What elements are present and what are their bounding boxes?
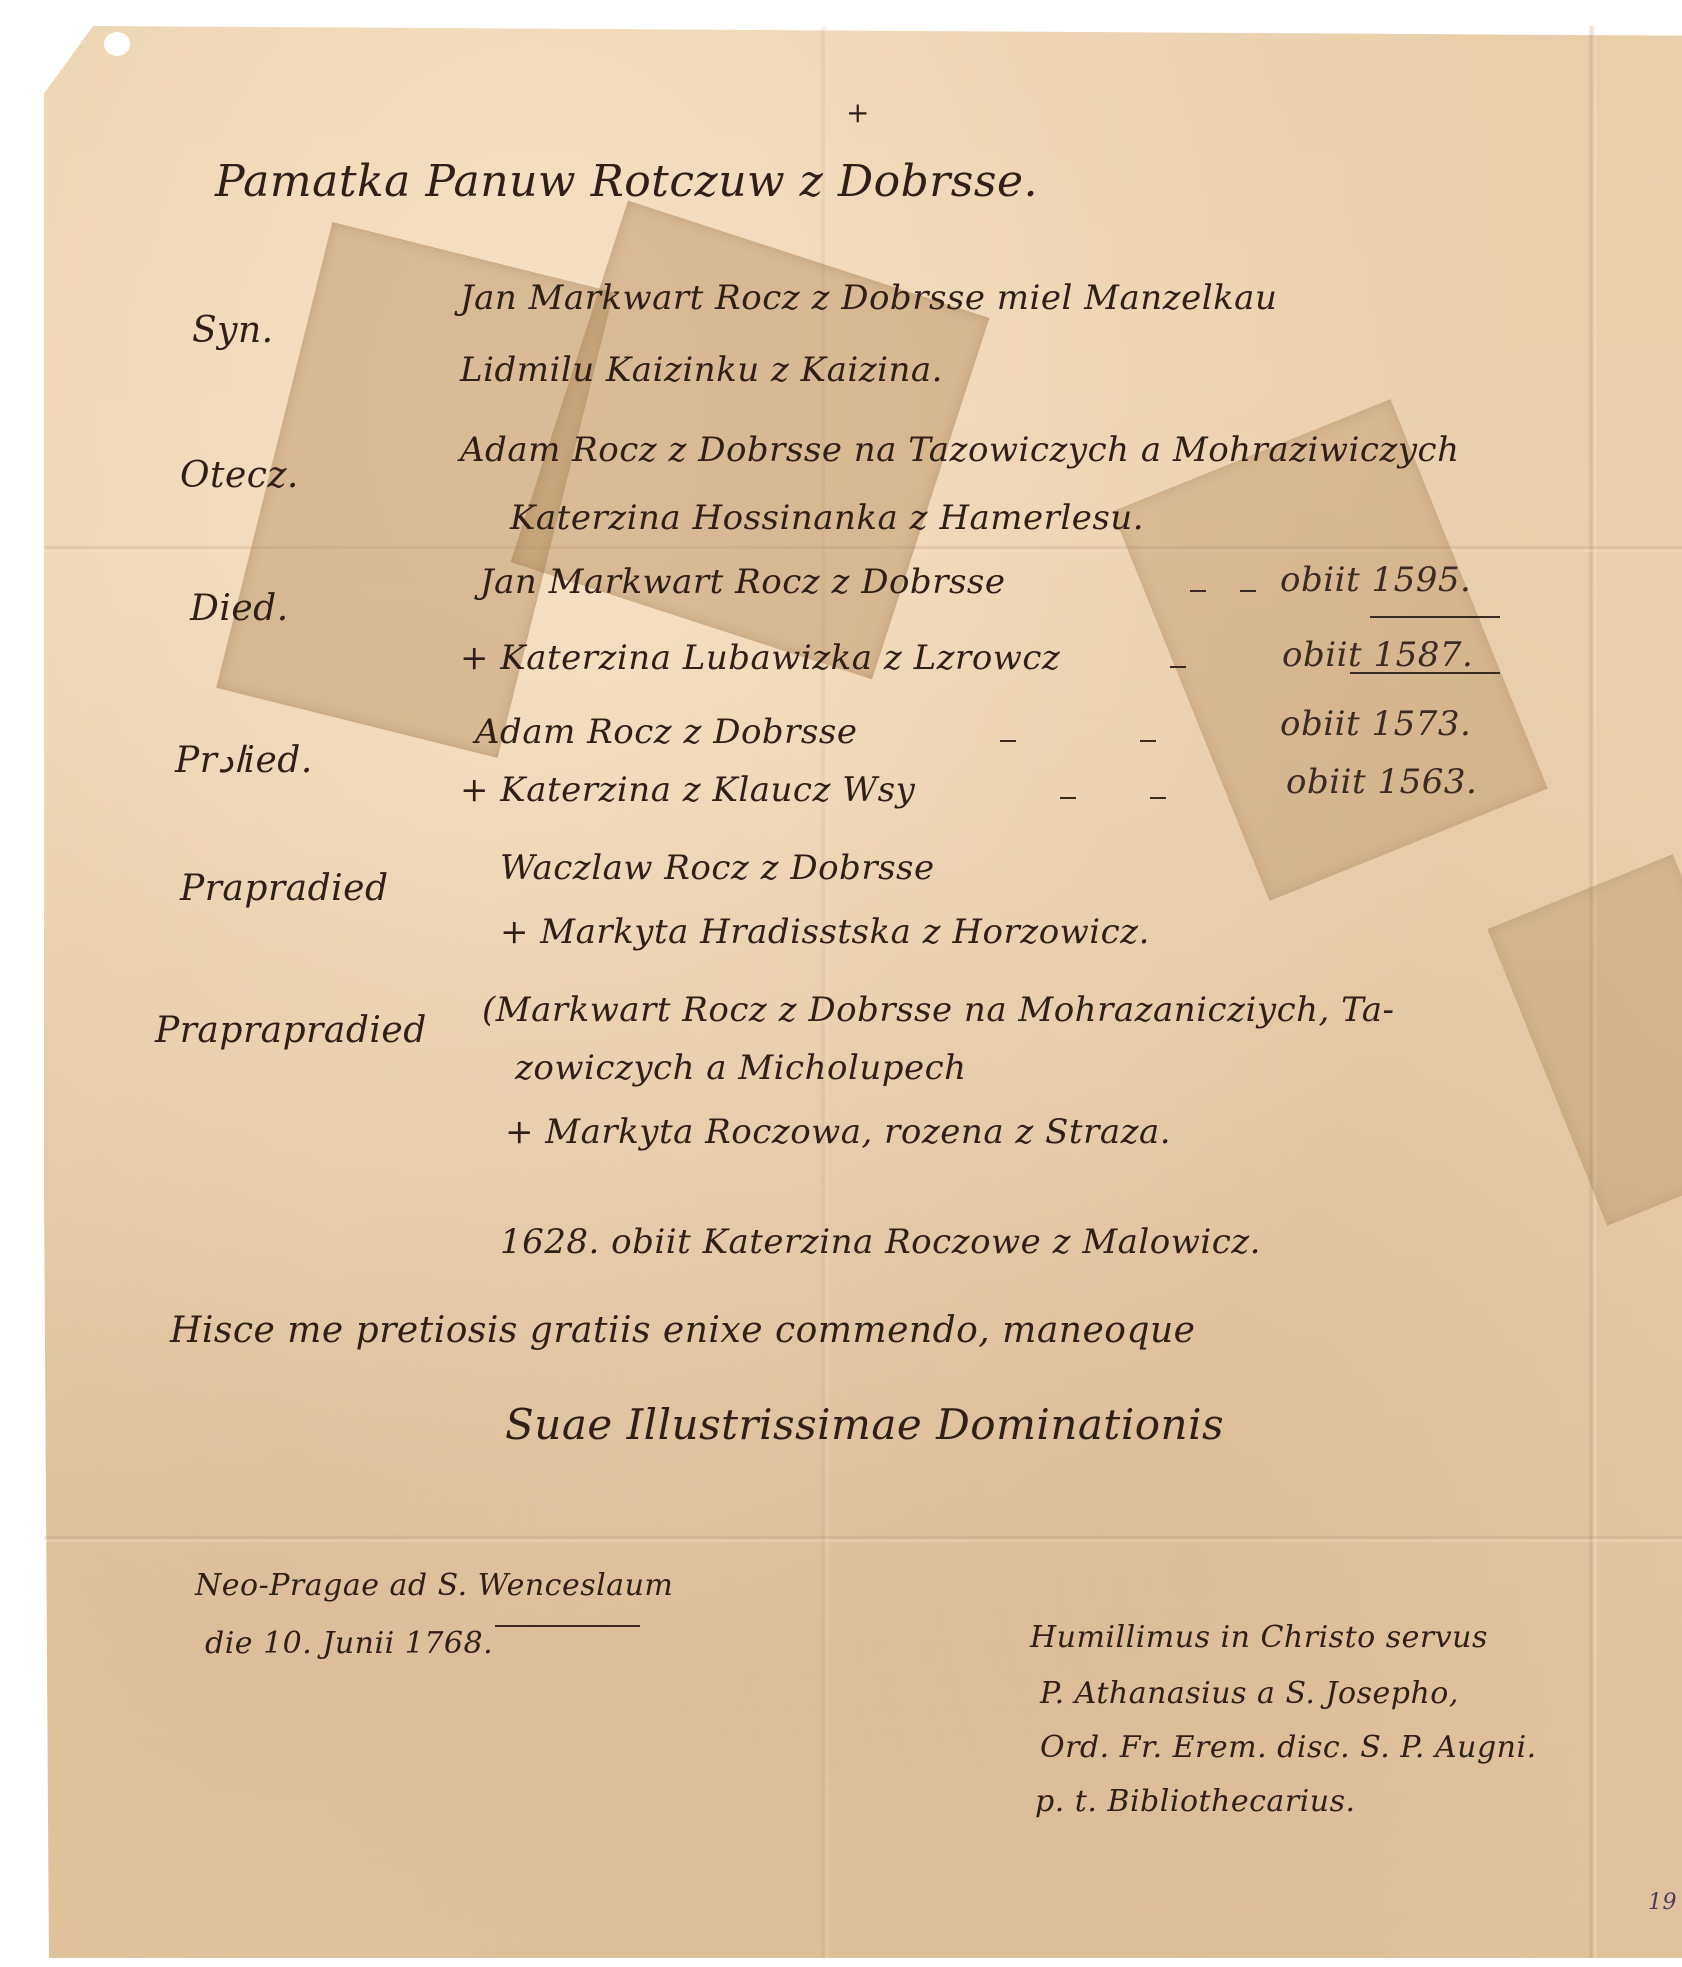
closing-line2: Suae Illustrissimae Dominationis [505, 1400, 1224, 1449]
entry-otecz-line2: Katerzina Hossinanka z Hamerlesu. [510, 498, 1144, 538]
obit-1563: obiit 1563. [1286, 762, 1477, 802]
label-prapradied: Prapradied [180, 868, 389, 909]
underline-rule [1370, 616, 1500, 618]
entry-pradied-line1: Adam Rocz z Dobrsse [475, 712, 857, 752]
dash [1060, 797, 1076, 799]
dash [1000, 740, 1016, 742]
entry-syn-line1: Jan Markwart Rocz z Dobrsse miel Manzelk… [460, 278, 1277, 318]
entry-praprapradied-line1: (Markwart Rocz z Dobrsse na Mohrazaniczi… [482, 990, 1394, 1030]
closing-line1: Hisce me pretiosis gratiis enixe commend… [170, 1310, 1195, 1351]
obit-1573: obiit 1573. [1280, 704, 1471, 744]
paper-hole [104, 32, 130, 56]
entry-died-line2: + Katerzina Lubawizka z Lzrowcz [460, 638, 1060, 678]
entry-syn-line2: Lidmilu Kaizinku z Kaizina. [460, 350, 943, 390]
fold-line-horizontal-lower [44, 1535, 1682, 1543]
dash [1170, 666, 1186, 668]
entry-otecz-line1: Adam Rocz z Dobrsse na Tazowiczych a Moh… [460, 430, 1459, 470]
entry-praprapradied-line2: zowiczych a Micholupech [515, 1048, 967, 1088]
cross-mark: + [846, 96, 869, 129]
dash [1150, 797, 1166, 799]
signature-line3: Ord. Fr. Erem. disc. S. P. Augni. [1040, 1730, 1537, 1765]
entry-pradied-line2: + Katerzina z Klaucz Wsy [460, 770, 915, 810]
obit-1595: obiit 1595. [1280, 560, 1471, 600]
place-line: Neo-Pragae ad S. Wenceslaum [195, 1568, 673, 1603]
label-praprapradied: Praprapradied [155, 1010, 427, 1051]
label-otecz: Otecz. [180, 455, 299, 496]
entry-prapradied-line2: + Markyta Hradisstska z Horzowicz. [500, 912, 1150, 952]
dash [1240, 590, 1256, 592]
signature-line2: P. Athanasius a S. Josepho, [1040, 1676, 1459, 1711]
label-syn: Syn. [192, 310, 274, 351]
obit-1587: obiit 1587. [1282, 635, 1473, 675]
entry-praprapradied-line3: + Markyta Roczowa, rozena z Straza. [505, 1112, 1171, 1152]
signature-line1: Humillimus in Christo servus [1030, 1620, 1488, 1655]
underline-rule [495, 1625, 640, 1627]
dash [1140, 740, 1156, 742]
label-died: Died. [190, 588, 289, 629]
signature-line4: p. t. Bibliothecarius. [1035, 1784, 1356, 1819]
underline-rule [1350, 672, 1500, 674]
entry-prapradied-line1: Waczlaw Rocz z Dobrsse [500, 848, 935, 888]
dash [1190, 590, 1206, 592]
date-line: die 10. Junii 1768. [205, 1626, 493, 1661]
document-title: Pamatka Panuw Rotczuw z Dobrsse. [215, 156, 1038, 207]
page-number: 19 [1648, 1890, 1677, 1915]
label-pradied: Prادied. [175, 740, 313, 781]
entry-died-line1: Jan Markwart Rocz z Dobrsse [480, 562, 1005, 602]
note-1628: 1628. obiit Katerzina Roczowe z Malowicz… [500, 1222, 1261, 1262]
